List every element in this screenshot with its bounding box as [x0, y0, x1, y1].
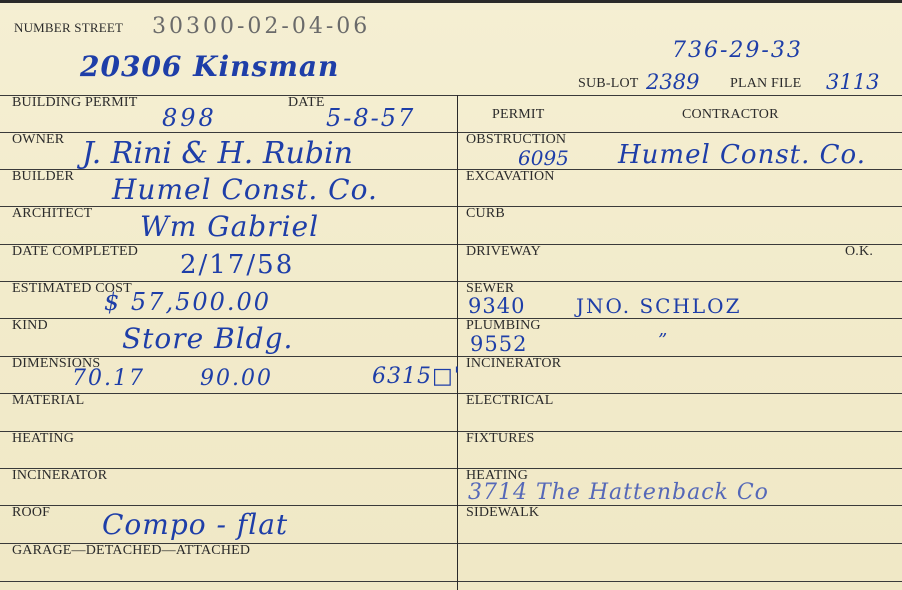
sub-lot-label: SUB-LOT	[578, 76, 639, 92]
roof-label: ROOF	[12, 505, 50, 521]
plan-file-label: PLAN FILE	[730, 76, 801, 92]
kind-label: KIND	[12, 318, 48, 334]
sewer-contractor: JNO. SCHLOZ	[576, 294, 741, 318]
rule	[0, 318, 902, 319]
excavation-label: EXCAVATION	[466, 169, 555, 185]
building-permit-value: 898	[162, 104, 217, 132]
driveway-label: DRIVEWAY	[466, 244, 541, 260]
dimension-1: 70.17	[72, 366, 145, 391]
electrical-label: ELECTRICAL	[466, 393, 554, 409]
street-number-code: 30300-02-04-06	[152, 14, 370, 39]
architect-label: ARCHITECT	[12, 206, 92, 222]
curb-label: CURB	[466, 206, 505, 222]
dimension-area: 6315□'	[372, 364, 461, 389]
permit-card: NUMBER STREET 30300-02-04-06 20306 Kinsm…	[0, 0, 902, 590]
kind-value: Store Bldg.	[122, 322, 293, 355]
material-label: MATERIAL	[12, 393, 84, 409]
owner-value: J. Rini & H. Rubin	[82, 136, 353, 171]
heating-entry: 3714 The Hattenback Co	[468, 480, 769, 505]
rule	[0, 468, 902, 469]
rule	[0, 356, 902, 357]
builder-value: Humel Const. Co.	[112, 173, 378, 206]
architect-value: Wm Gabriel	[140, 210, 319, 243]
column-divider	[457, 95, 458, 590]
obstruction-contractor: Humel Const. Co.	[618, 140, 866, 170]
estimated-cost-value: $ 57,500.00	[104, 288, 271, 316]
garage-label: GARAGE—DETACHED—ATTACHED	[12, 543, 250, 559]
rule	[0, 132, 902, 133]
rule	[0, 393, 902, 394]
sidewalk-label: SIDEWALK	[466, 505, 539, 521]
dimension-2: 90.00	[200, 366, 273, 391]
rule	[0, 281, 902, 282]
card-top-edge	[0, 0, 902, 3]
driveway-note: O.K.	[845, 244, 873, 260]
obstruction-permit: 6095	[518, 146, 569, 170]
address: 20306 Kinsman	[80, 50, 339, 83]
number-street-label: NUMBER STREET	[14, 20, 123, 36]
fixtures-label: FIXTURES	[466, 431, 535, 447]
date-completed-value: 2/17/58	[180, 250, 294, 280]
sewer-permit: 9340	[468, 294, 525, 318]
date-label: DATE	[288, 95, 325, 111]
permit-column-header: PERMIT	[492, 107, 545, 123]
sub-lot-value: 2389	[646, 70, 699, 94]
plumbing-contractor-ditto: ”	[658, 330, 667, 351]
rule	[0, 431, 902, 432]
incinerator-label: INCINERATOR	[12, 468, 107, 484]
builder-label: BUILDER	[12, 169, 74, 185]
plan-file-value: 3113	[826, 70, 879, 94]
contractor-column-header: CONTRACTOR	[682, 107, 779, 123]
plumbing-permit: 9552	[470, 332, 527, 356]
rule	[0, 505, 902, 506]
date-value: 5-8-57	[326, 104, 415, 132]
roof-value: Compo - flat	[102, 508, 288, 541]
building-permit-label: BUILDING PERMIT	[12, 95, 138, 111]
rule	[0, 206, 902, 207]
heating-label: HEATING	[12, 431, 74, 447]
owner-label: OWNER	[12, 132, 64, 148]
rule	[0, 581, 902, 582]
parcel-number: 736-29-33	[672, 38, 803, 63]
date-completed-label: DATE COMPLETED	[12, 244, 138, 260]
incinerator-permit-label: INCINERATOR	[466, 356, 561, 372]
